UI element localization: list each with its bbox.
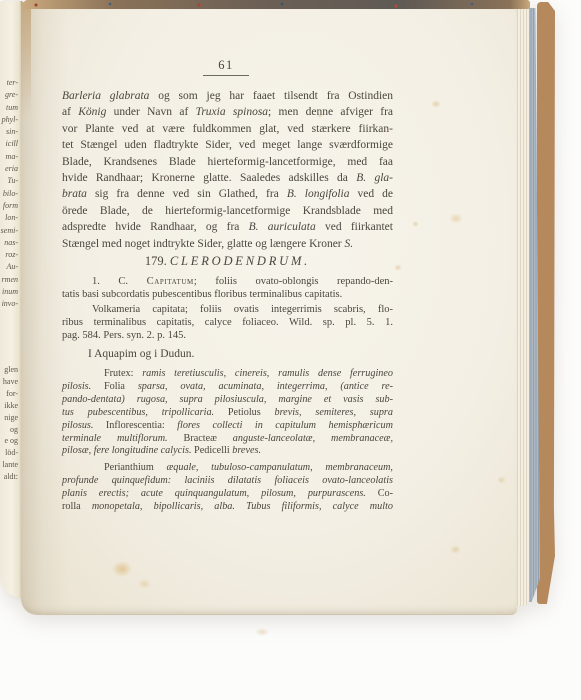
paragraph-synonym-citation: Volkameria capitata; foliis ovatis integ… [62, 303, 393, 343]
page-number-value: 61 [203, 58, 249, 76]
decorated-top-edge [24, 0, 530, 9]
facing-page-sliver: ter-gre-tumphyl-sin-icillma-eriaTu-bilo-… [0, 1, 22, 598]
book-photo: ter-gre-tumphyl-sin-icillma-eriaTu-bilo-… [0, 0, 581, 700]
paragraph-latin-description: Frutex: ramis teretiusculis, cinereis, r… [62, 368, 393, 458]
left-page-line-endings-top: ter-gre-tumphyl-sin-icillma-eriaTu-bilo-… [0, 77, 21, 311]
right-page: 61 Barleria glabrata og som jeg har faae… [21, 4, 517, 615]
paragraph-barleria: Barleria glabrata og som jeg har faaet t… [62, 88, 393, 252]
paragraph-perianthium: Perianthium æquale, tubuloso-campanulatu… [62, 462, 393, 514]
genus-heading: 179. CLERODENDRUM. [62, 253, 393, 269]
open-book: ter-gre-tumphyl-sin-icillma-eriaTu-bilo-… [0, 0, 556, 618]
marbled-board-edge [537, 2, 555, 604]
page-number: 61 [181, 58, 271, 73]
left-page-line-endings-bottom: glenhavefor-ikkenigeoge oglöd-lantealdt: [0, 364, 21, 483]
foxing-spot [255, 628, 269, 636]
fore-edge-pages [515, 6, 529, 606]
paragraph-locality: I Aquapim og i Dudun. [62, 346, 393, 362]
paragraph-species-diagnosis: 1. C. Capitatum; foliis ovato-oblongis r… [62, 275, 393, 301]
